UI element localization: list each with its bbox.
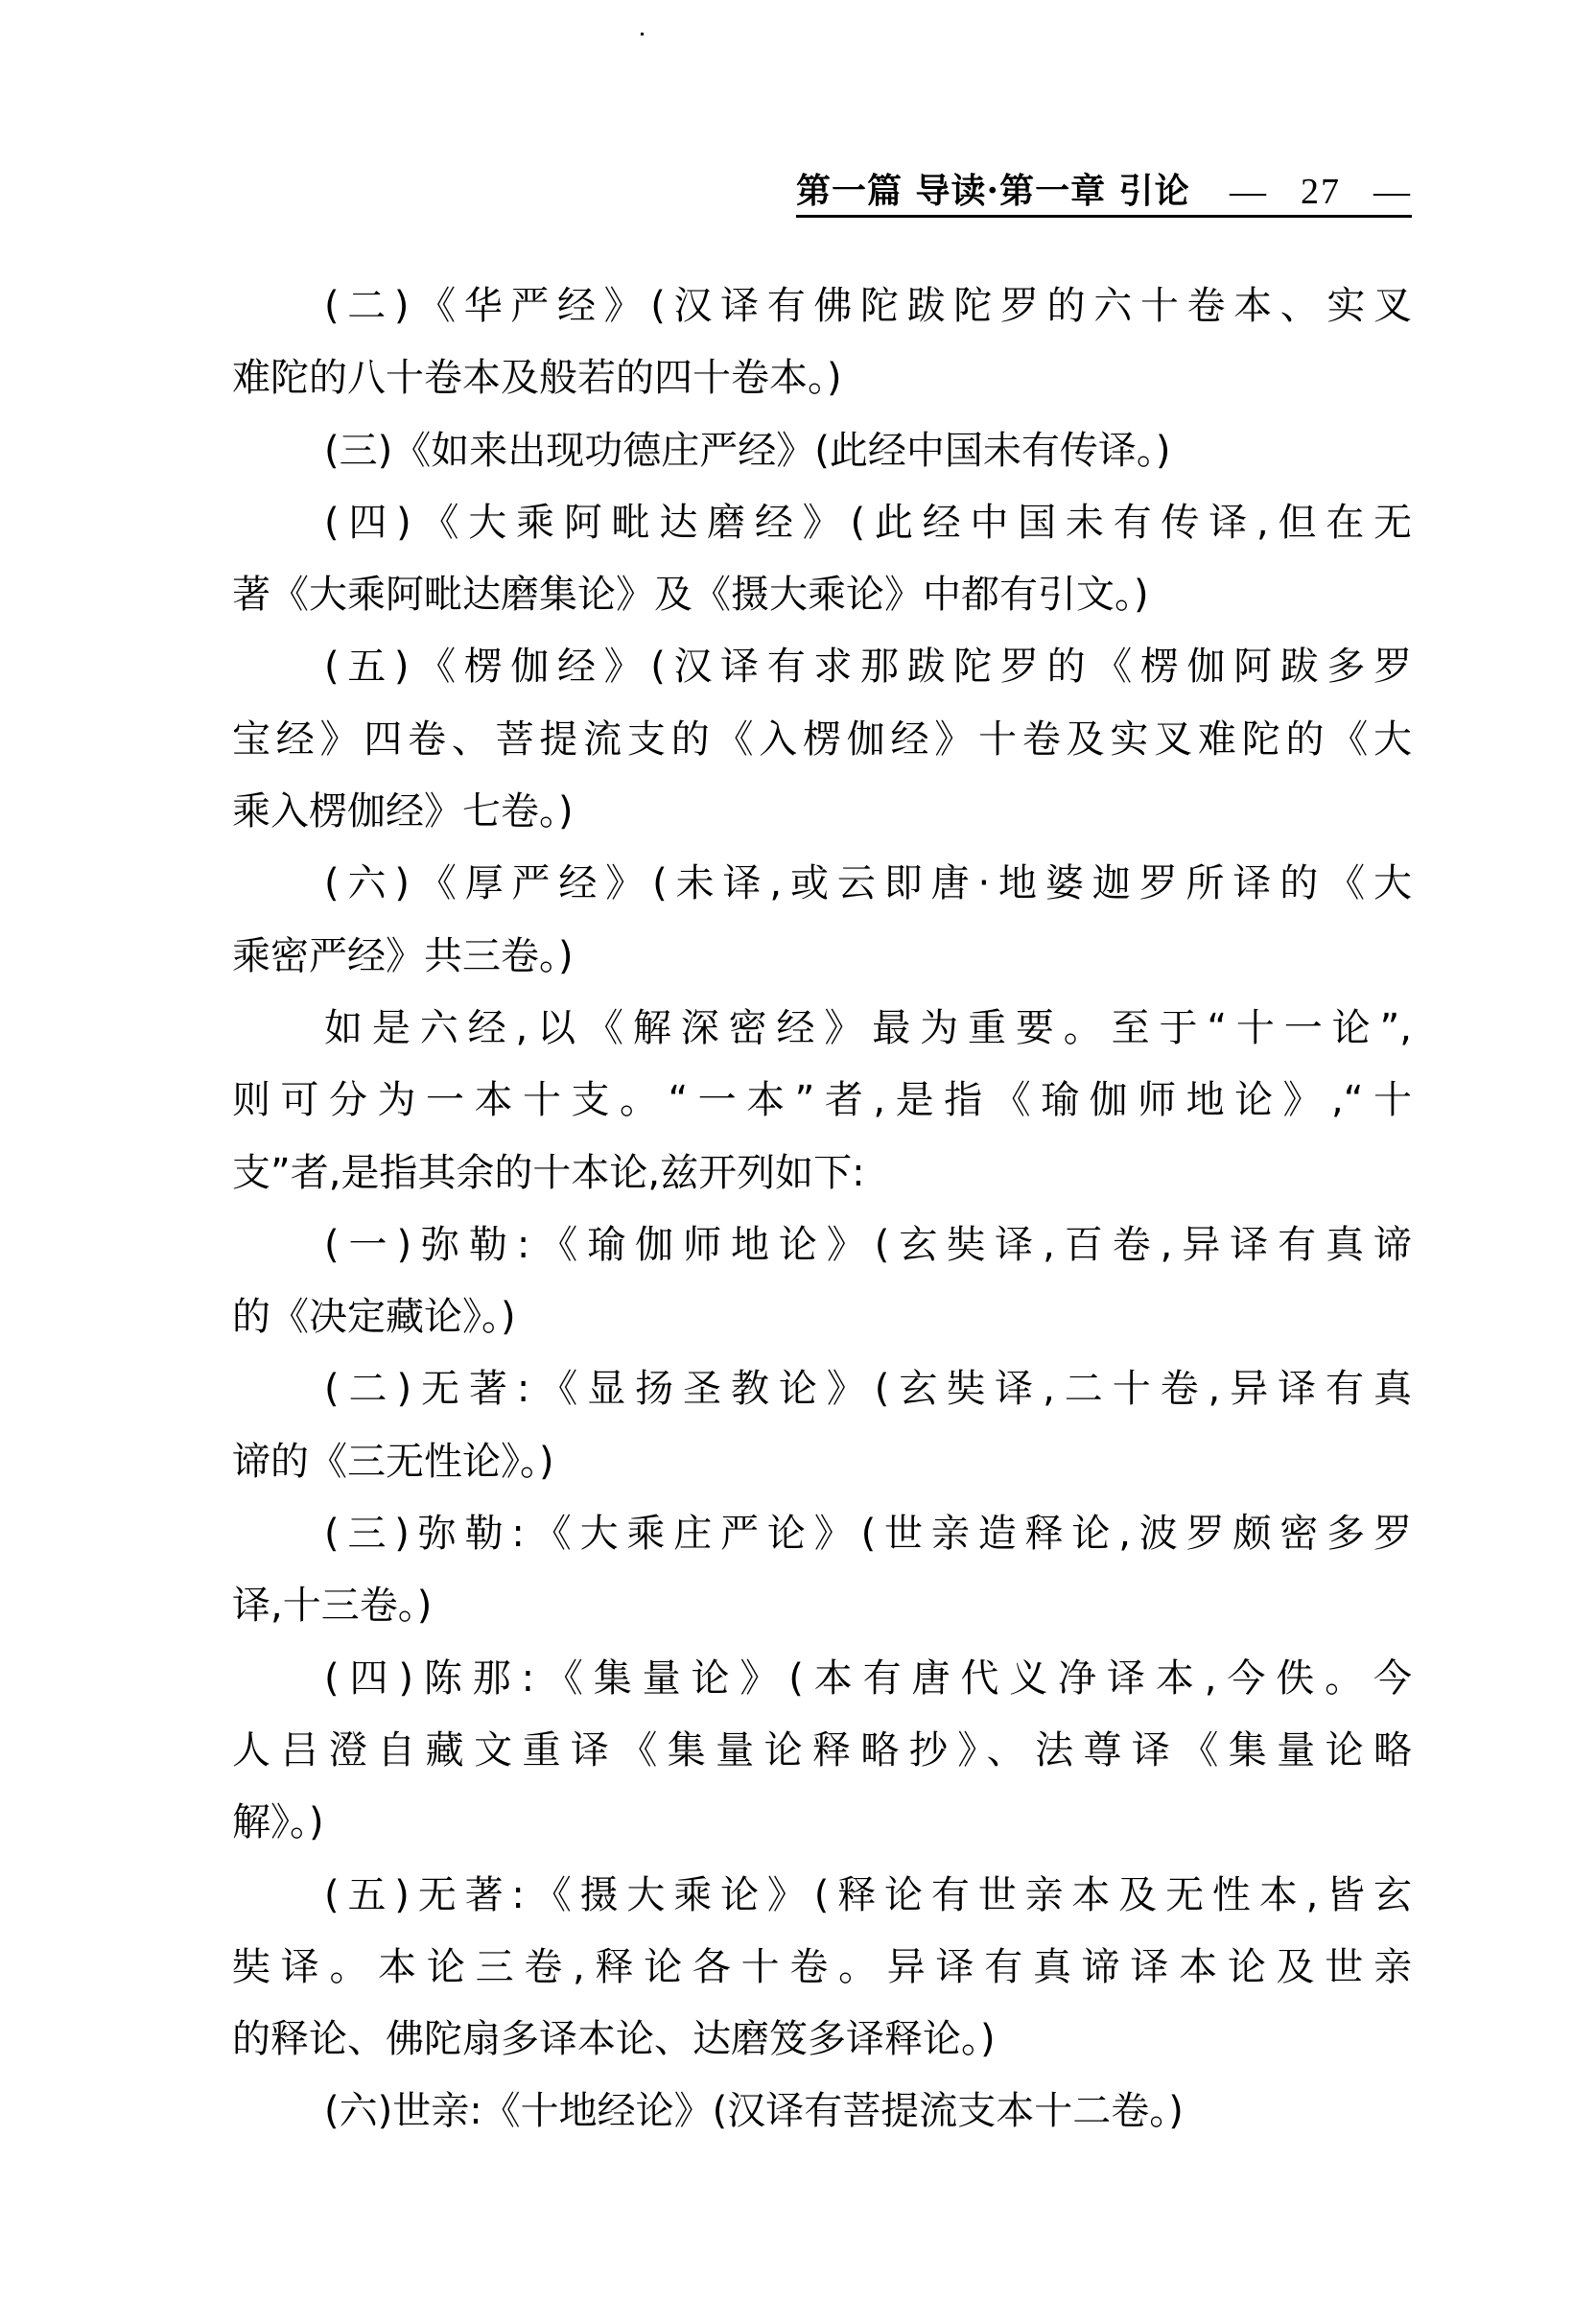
- text-line: 奘译。本论三卷,释论各十卷。异译有真谛译本论及世亲: [232, 1932, 1412, 2004]
- text-line: (六)世亲:《十地经论》(汉译有菩提流支本十二卷。): [232, 2076, 1412, 2148]
- text-line: 的《决定藏论》。): [232, 1281, 1412, 1353]
- text-line: (三)《如来出现功德庄严经》(此经中国未有传译。): [232, 415, 1412, 487]
- text-line: (六)《厚严经》(未译,或云即唐·地婆迦罗所译的《大: [232, 848, 1412, 920]
- body-text: (二)《华严经》(汉译有佛陀跋陀罗的六十卷本、实叉难陀的八十卷本及般若的四十卷本…: [232, 270, 1412, 2148]
- text-line: (二)《华严经》(汉译有佛陀跋陀罗的六十卷本、实叉: [232, 270, 1412, 342]
- text-line: 译,十三卷。): [232, 1570, 1412, 1642]
- text-line: 的释论、佛陀扇多译本论、达磨笈多译释论。): [232, 2004, 1412, 2076]
- page-number-block: —27—: [1197, 171, 1412, 213]
- page-dash-left: —: [1230, 171, 1268, 213]
- text-line: (三)弥勒:《大乘庄严论》(世亲造释论,波罗颇密多罗: [232, 1498, 1412, 1570]
- header-rule: [796, 215, 1412, 218]
- text-line: (五)无著:《摄大乘论》(释论有世亲本及无性本,皆玄: [232, 1860, 1412, 1932]
- text-line: 则可分为一本十支。“一本”者,是指《瑜伽师地论》,“十: [232, 1065, 1412, 1137]
- text-line: 解》。): [232, 1787, 1412, 1859]
- text-line: 难陀的八十卷本及般若的四十卷本。): [232, 342, 1412, 414]
- text-line: (一)弥勒:《瑜伽师地论》(玄奘译,百卷,异译有真谛: [232, 1209, 1412, 1281]
- text-line: 乘密严经》共三卷。): [232, 921, 1412, 993]
- page-number: 27: [1301, 172, 1341, 212]
- text-line: 人吕澄自藏文重译《集量论释略抄》、法尊译《集量论略: [232, 1715, 1412, 1787]
- text-line: 支”者,是指其余的十本论,兹开列如下:: [232, 1138, 1412, 1209]
- text-line: (四)《大乘阿毗达磨经》(此经中国未有传译,但在无: [232, 487, 1412, 559]
- text-line: (四)陈那:《集量论》(本有唐代义净译本,今佚。今: [232, 1643, 1412, 1715]
- text-line: 如是六经,以《解深密经》最为重要。至于“十一论”,: [232, 993, 1412, 1065]
- text-line: (五)《楞伽经》(汉译有求那跋陀罗的《楞伽阿跋多罗: [232, 631, 1412, 703]
- scan-speck: [641, 33, 644, 35]
- text-line: 宝经》四卷、菩提流支的《入楞伽经》十卷及实叉难陀的《大: [232, 704, 1412, 776]
- text-line: 著《大乘阿毗达磨集论》及《摄大乘论》中都有引文。): [232, 559, 1412, 631]
- text-line: 谛的《三无性论》。): [232, 1426, 1412, 1498]
- page-dash-right: —: [1373, 171, 1412, 213]
- text-line: (二)无著:《显扬圣教论》(玄奘译,二十卷,异译有真: [232, 1353, 1412, 1425]
- running-head: 第一篇 导读·第一章 引论 —27—: [796, 165, 1412, 213]
- text-line: 乘入楞伽经》七卷。): [232, 776, 1412, 848]
- chapter-title: 第一篇 导读·第一章 引论: [796, 164, 1190, 213]
